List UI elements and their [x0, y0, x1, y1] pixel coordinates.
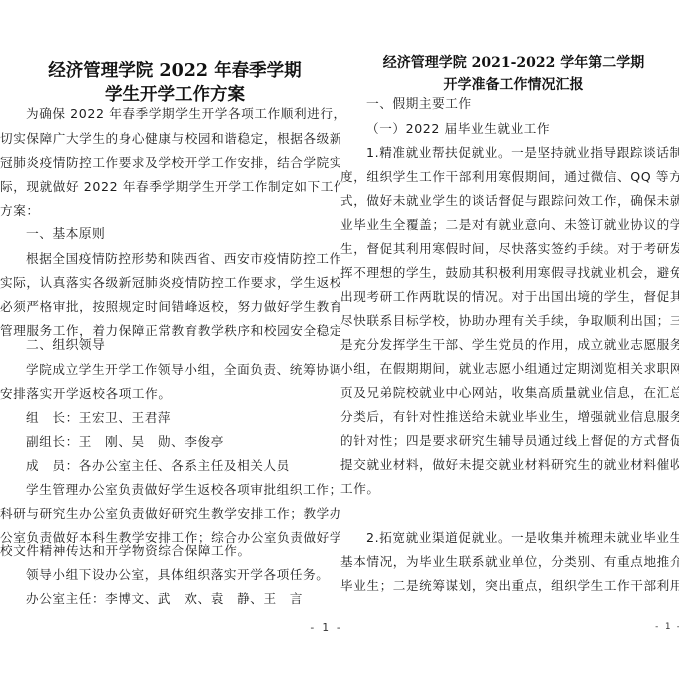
paragraph-line: 度，组织学生工作干部利用寒假期间，通过微信、QQ 等方 — [340, 169, 679, 185]
paragraph-line: 分类后，有针对性推送给未就业毕业生，增强就业信息服务 — [340, 409, 679, 425]
paragraph-line: 提交就业材料，做好未提交就业材料研究生的就业材料催收 — [340, 457, 679, 473]
paragraph-line: 安排落实开学返校各项工作。 — [0, 386, 172, 402]
paragraph-line: 为确保 2022 年春季学期学生开学各项工作顺利进行， — [26, 106, 340, 122]
right-document-page: 经济管理学院 2021-2022 学年第二学期 开学准备工作情况汇报 一、假期主… — [340, 0, 679, 679]
paragraph-line: 式，做好未就业学生的谈话督促与跟踪问效工作，确保未就 — [340, 193, 679, 209]
paragraph-line: 业毕业生全覆盖；二是对有就业意向、未签订就业协议的学 — [340, 217, 679, 233]
paragraph-line: 挥不理想的学生，鼓励其积极利用寒假寻找就业机会，避免 — [340, 265, 679, 281]
paragraph-line: 冠肺炎疫情防控工作要求及学校开学工作安排，结合学院实 — [0, 155, 340, 171]
paragraph-line: 实际，认真落实各级新冠肺炎疫情防控工作要求，学生返校 — [0, 275, 340, 291]
paragraph-line: 副组长：王 刚、吴 勋、李俊亭 — [26, 434, 224, 450]
paragraph-line: 1.精准就业帮扶促就业。一是坚持就业指导跟踪谈话制 — [366, 145, 679, 161]
right-page-title-line2: 开学准备工作情况汇报 — [348, 74, 679, 94]
paragraph-line: 毕业生；二是统筹谋划，突出重点，组织学生工作干部利用 — [340, 578, 679, 594]
paragraph-line: 2.拓宽就业渠道促就业。一是收集并梳理未就业毕业生 — [366, 530, 679, 546]
paragraph-line: 页及兄弟院校就业中心网站，收集高质量就业信息，在汇总 — [340, 385, 679, 401]
paragraph-line: 必须严格审批，按照规定时间错峰返校，努力做好学生教育 — [0, 299, 340, 315]
paragraph-line: 尽快联系目标学校，协助办理有关手续，争取顺利出国；三 — [340, 313, 679, 329]
paragraph-line: 科研与研究生办公室负责做好研究生教学安排工作；教学办 — [0, 506, 340, 522]
paragraph-line: 根据全国疫情防控形势和陕西省、西安市疫情防控工作 — [26, 251, 340, 267]
paragraph-line: 方案： — [0, 203, 40, 219]
right-page-number: - 1 - — [654, 622, 679, 632]
right-page-title-line1: 经济管理学院 2021-2022 学年第二学期 — [348, 52, 679, 72]
section-heading: 二、组织领导 — [26, 338, 105, 354]
left-page-title-line2: 学生开学工作方案 — [10, 81, 340, 106]
paragraph-line: 基本情况，为毕业生联系就业单位，分类别、有重点地推介 — [340, 554, 679, 570]
paragraph-line: 学院成立学生开学工作领导小组，全面负责、统筹协调、 — [26, 362, 340, 378]
left-document-page: 经济管理学院 2022 年春季学期 学生开学工作方案 为确保 2022 年春季学… — [0, 0, 340, 679]
paragraph-line: 学生管理办公室负责做好学生返校各项审批组织工作； — [26, 482, 340, 498]
section-heading: 一、假期主要工作 — [366, 97, 472, 113]
paragraph-line: 小组，在假期期间，就业志愿小组通过定期浏览相关求职网 — [340, 361, 679, 377]
paragraph-line: 切实保障广大学生的身心健康与校园和谐稳定，根据各级新 — [0, 131, 340, 147]
paragraph-line: 的针对性；四是要求研究生辅导员通过线上督促的方式督促 — [340, 433, 679, 449]
paragraph-line: 组 长：王宏卫、王君萍 — [26, 410, 171, 426]
paragraph-line: 领导小组下设办公室，具体组织落实开学各项任务。 — [26, 567, 329, 583]
left-page-title-line1: 经济管理学院 2022 年春季学期 — [10, 57, 340, 82]
paragraph-line: 际，现就做好 2022 年春季学期学生开学工作制定如下工作 — [0, 179, 340, 195]
paragraph-line: 成 员：各办公室主任、各系主任及相关人员 — [26, 458, 290, 474]
paragraph-line: 是充分发挥学生干部、学生党员的作用，成立就业志愿服务 — [340, 337, 679, 353]
section-heading: 一、基本原则 — [26, 227, 105, 243]
paragraph-line: （一）2022 届毕业生就业工作 — [366, 121, 550, 137]
left-page-number: - 1 - — [309, 621, 340, 634]
paragraph-line: 出现考研工作两耽误的情况。对于出国出境的学生，督促其 — [340, 289, 679, 305]
paragraph-line: 工作。 — [340, 481, 380, 497]
paragraph-line: 管理服务工作，着力保障正常教育教学秩序和校园安全稳定。 — [0, 323, 340, 339]
paragraph-line: 校文件精神传达和开学物资综合保障工作。 — [0, 543, 251, 559]
paragraph-line: 生，督促其利用寒假时间，尽快落实签约手续。对于考研发 — [340, 241, 679, 257]
paragraph-line: 办公室主任：李博文、武 欢、袁 静、王 言 — [26, 591, 303, 607]
